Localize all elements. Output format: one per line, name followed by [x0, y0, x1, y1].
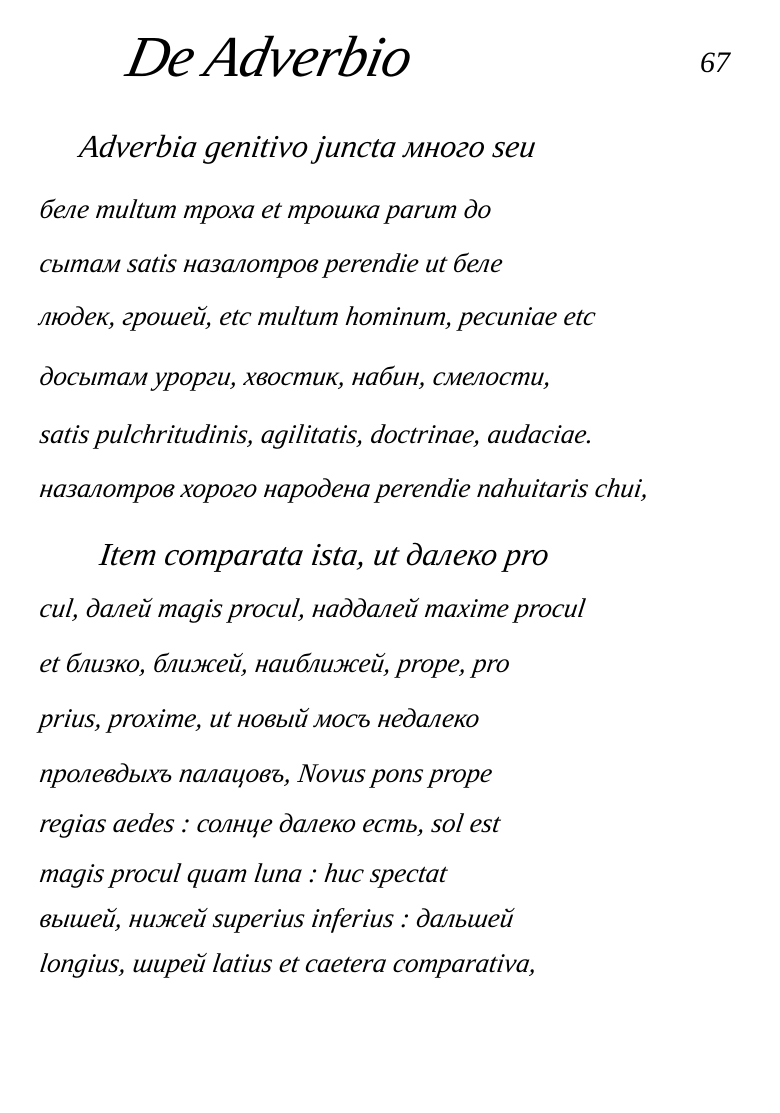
manuscript-page: De Adverbio 67 Adverbia genitivo juncta …: [0, 0, 780, 1113]
text-line-13: regias aedes : солнце далеко есть, sol e…: [38, 810, 502, 837]
text-line-14: magis procul quam luna : huc spectat: [38, 860, 449, 887]
text-line-8: Item comparata ista, ut далеко pro: [98, 538, 551, 570]
text-line-3: сытам satis назалотров perendie ut беле: [38, 250, 504, 277]
text-line-5: досытам урорги, хвостик, набин, смелости…: [38, 363, 553, 390]
text-line-1: Adverbia genitivo juncta много seu: [78, 130, 538, 162]
text-line-6: satis pulchritudinis, agilitatis, doctri…: [38, 421, 595, 448]
text-line-12: пролевдыхъ палацовъ, Novus pons prope: [38, 760, 494, 787]
text-line-10: et близко, ближей, наиближей, prope, pro: [38, 650, 512, 677]
text-line-11: prius, proxime, ut новый мосъ недалеко: [38, 705, 481, 732]
text-line-4: людек, грошей, etc multum hominum, pecun…: [38, 303, 597, 330]
text-line-7: назалотров хорого народена perendie nahu…: [38, 475, 650, 502]
text-line-9: cul, далей magis procul, наддалей maxime…: [38, 595, 587, 622]
page-number: 67: [700, 48, 730, 78]
text-line-16: longius, ширей latius et caetera compara…: [38, 950, 538, 977]
page-title: De Adverbio: [122, 28, 417, 86]
text-line-15: вышей, нижей superius inferius : дальшей: [38, 905, 515, 932]
text-line-2: беле multum троха et трошка parum до: [38, 196, 493, 223]
